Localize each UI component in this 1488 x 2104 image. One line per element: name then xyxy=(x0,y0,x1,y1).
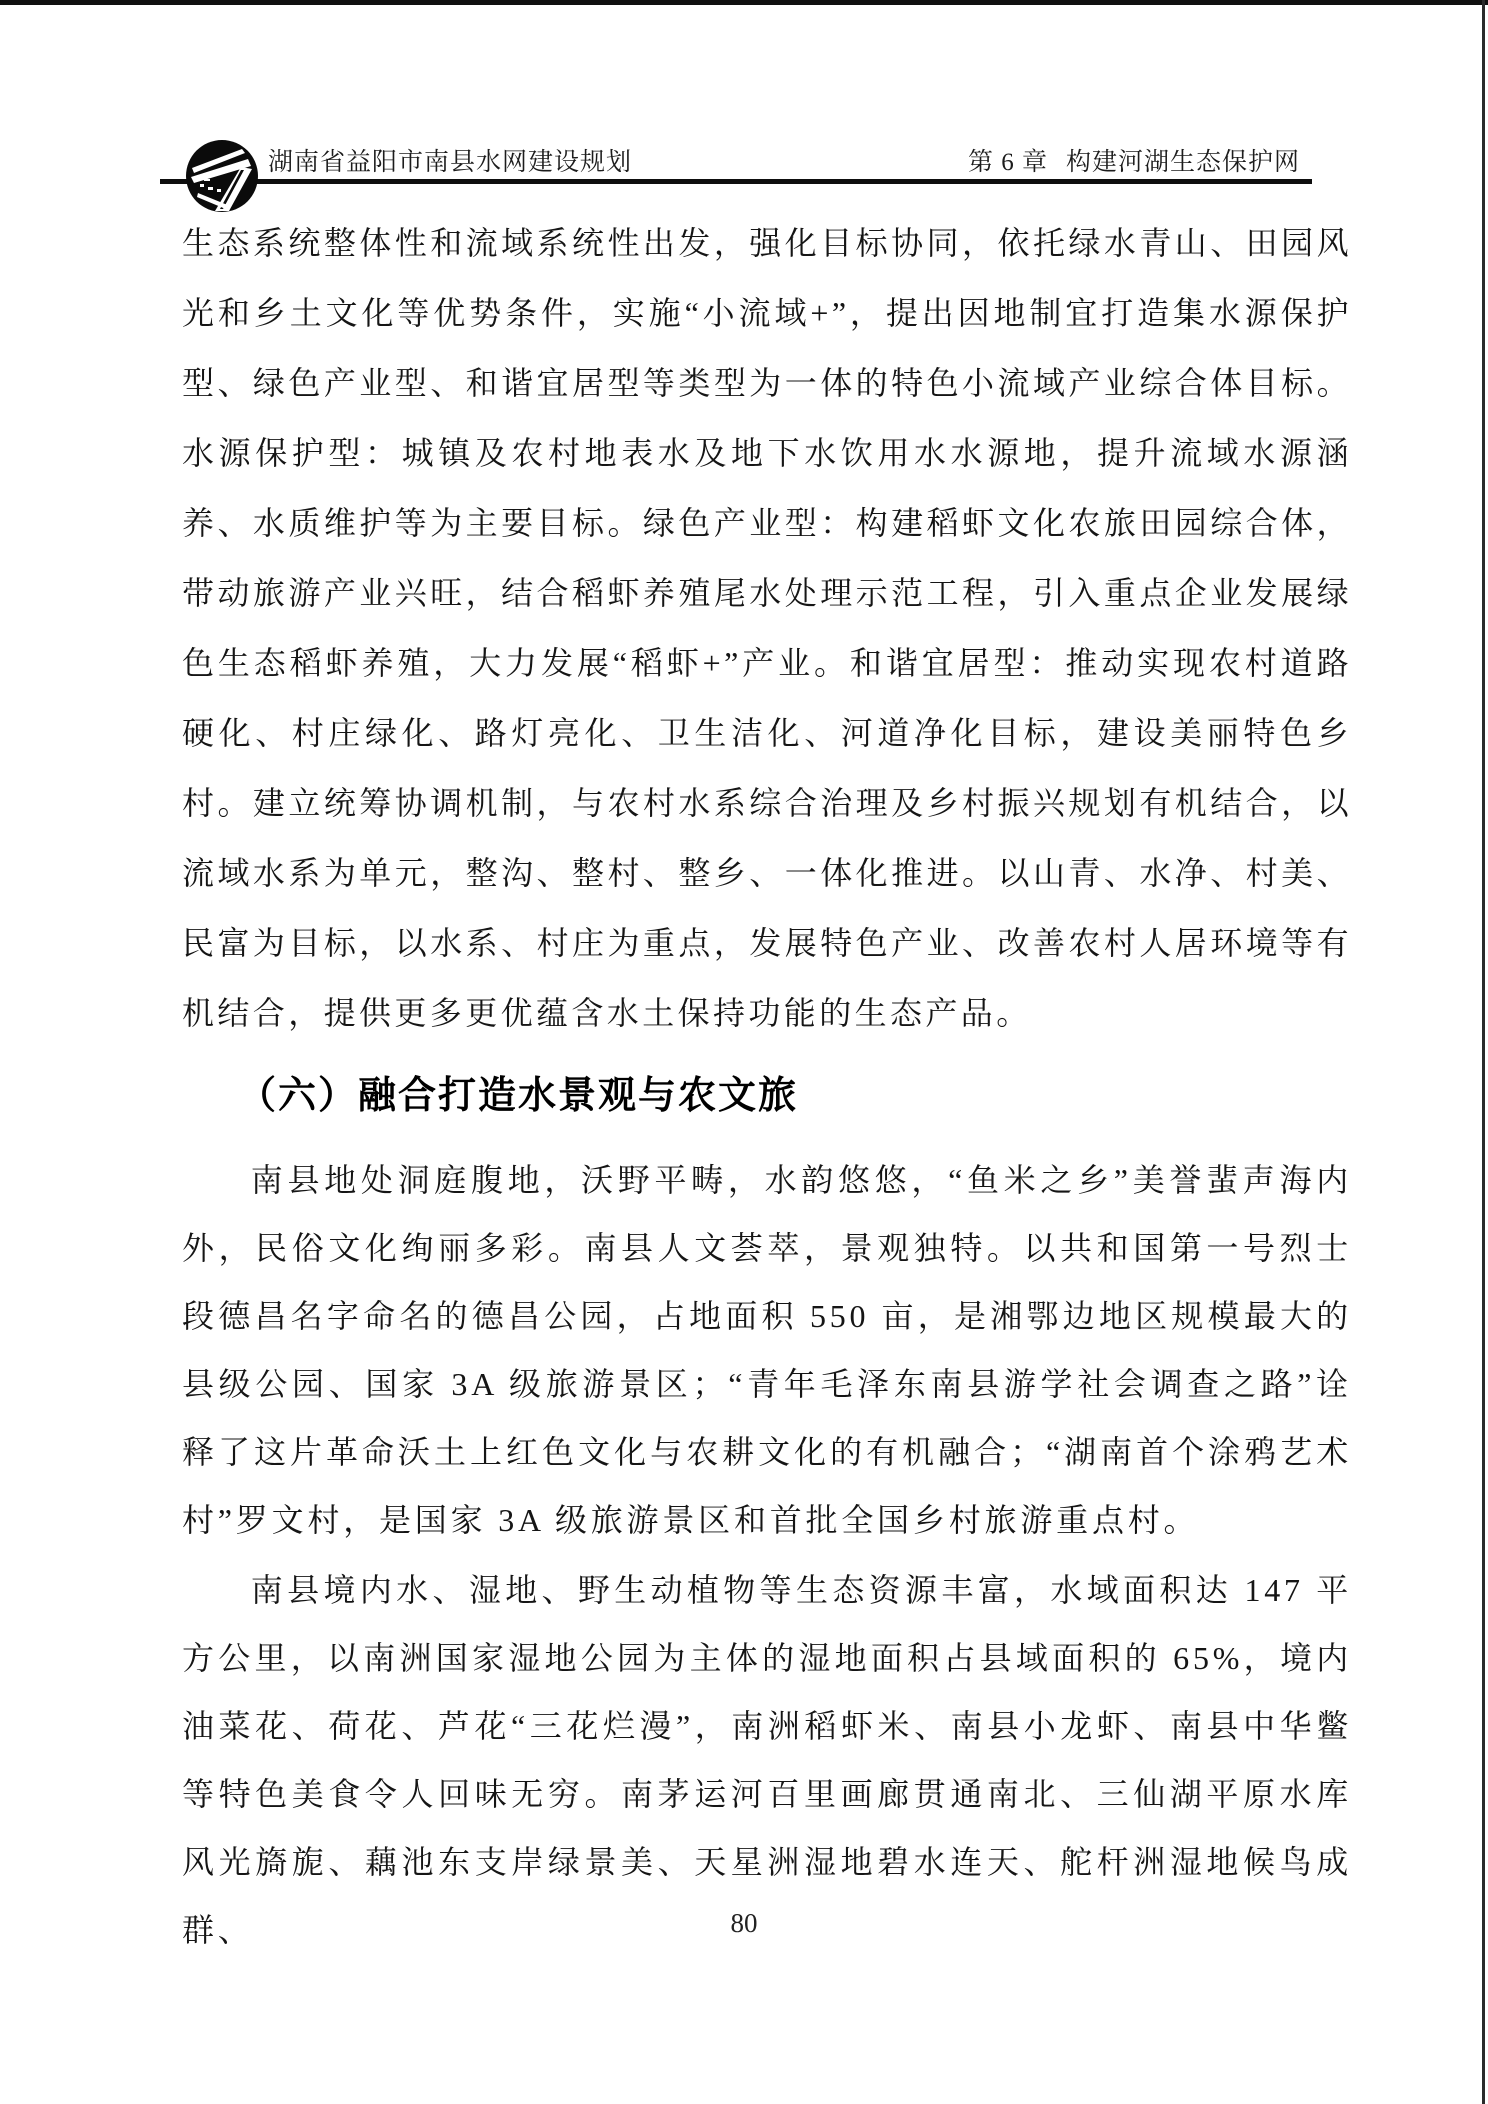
header-doc-title: 湖南省益阳市南县水网建设规划 xyxy=(268,149,632,177)
chapter-number-label: 第 6 章 xyxy=(968,149,1048,176)
header-chapter-title: 第 6 章构建河湖生态保护网 xyxy=(968,149,1300,177)
body-paragraph-3: 南县境内水、湿地、野生动植物等生态资源丰富，水域面积达 147 平方公里，以南洲… xyxy=(182,1556,1352,1964)
water-network-logo-icon xyxy=(184,138,260,214)
body-paragraph-1: 生态系统整体性和流域系统性出发，强化目标协同，依托绿水青山、田园风光和乡土文化等… xyxy=(182,208,1352,1048)
page-number: 80 xyxy=(0,1908,1488,1939)
body-paragraph-2: 南县地处洞庭腹地，沃野平畴，水韵悠悠，“鱼米之乡”美誉蜚声海内外，民俗文化绚丽多… xyxy=(182,1146,1352,1554)
scan-edge-top xyxy=(0,0,1488,5)
document-page: { "header": { "doc_title": "湖南省益阳市南县水网建设… xyxy=(0,0,1488,2104)
scan-edge-right xyxy=(1482,0,1485,2104)
chapter-name-label: 构建河湖生态保护网 xyxy=(1066,149,1300,176)
header-divider-rule xyxy=(160,179,1312,184)
section-heading: （六）融合打造水景观与农文旅 xyxy=(182,1074,1352,1118)
